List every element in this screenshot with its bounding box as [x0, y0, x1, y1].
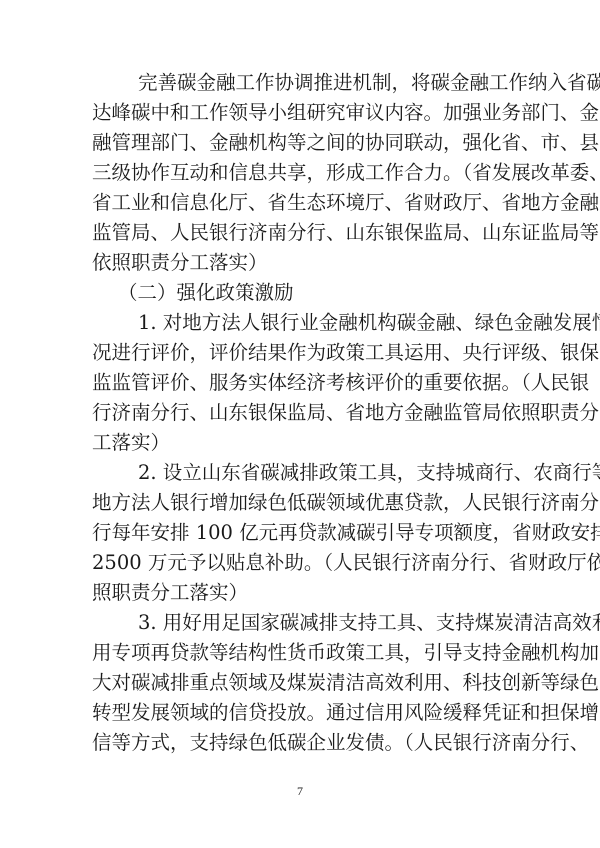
- paragraph-line: 地方法人银行增加绿色低碳领域优惠贷款，人民银行济南分: [92, 488, 508, 518]
- paragraph-line: 用专项再贷款等结构性货币政策工具，引导支持金融机构加: [92, 638, 508, 668]
- paragraph-line: 三级协作互动和信息共享，形成工作合力。（省发展改革委、: [92, 158, 508, 188]
- paragraph-line: 融管理部门、金融机构等之间的协同联动，强化省、市、县: [92, 128, 508, 158]
- paragraph-line: 1. 对地方法人银行业金融机构碳金融、绿色金融发展情: [138, 308, 508, 338]
- page-number: 7: [290, 784, 310, 799]
- paragraph-line: 2. 设立山东省碳减排政策工具，支持城商行、农商行等: [138, 458, 508, 488]
- paragraph-line: 监监管评价、服务实体经济考核评价的重要依据。（人民银: [92, 368, 508, 398]
- paragraph-line: 达峰碳中和工作领导小组研究审议内容。加强业务部门、金: [92, 98, 508, 128]
- paragraph-line: 转型发展领域的信贷投放。通过信用风险缓释凭证和担保增: [92, 698, 508, 728]
- paragraph-line: 行每年安排 100 亿元再贷款减碳引导专项额度，省财政安排: [92, 518, 508, 548]
- paragraph-line: 大对碳减排重点领域及煤炭清洁高效利用、科技创新等绿色: [92, 668, 508, 698]
- paragraph-line: 3. 用好用足国家碳减排支持工具、支持煤炭清洁高效利: [138, 608, 508, 638]
- paragraph-line: 行济南分行、山东银保监局、省地方金融监管局依照职责分: [92, 398, 508, 428]
- document-page: 完善碳金融工作协调推进机制，将碳金融工作纳入省碳 达峰碳中和工作领导小组研究审议…: [0, 0, 600, 848]
- paragraph-line: 依照职责分工落实）: [92, 248, 508, 278]
- paragraph-line: 完善碳金融工作协调推进机制，将碳金融工作纳入省碳: [138, 68, 508, 98]
- paragraph-line: 监管局、人民银行济南分行、山东银保监局、山东证监局等: [92, 218, 508, 248]
- paragraph-line: 省工业和信息化厅、省生态环境厅、省财政厅、省地方金融: [92, 188, 508, 218]
- section-heading: （二）强化政策激励: [118, 278, 488, 308]
- paragraph-line: 照职责分工落实）: [92, 578, 508, 608]
- paragraph-line: 工落实）: [92, 428, 508, 458]
- paragraph-line: 况进行评价，评价结果作为政策工具运用、央行评级、银保: [92, 338, 508, 368]
- paragraph-line: 信等方式，支持绿色低碳企业发债。（人民银行济南分行、: [92, 728, 508, 758]
- paragraph-line: 2500 万元予以贴息补助。（人民银行济南分行、省财政厅依: [92, 548, 508, 578]
